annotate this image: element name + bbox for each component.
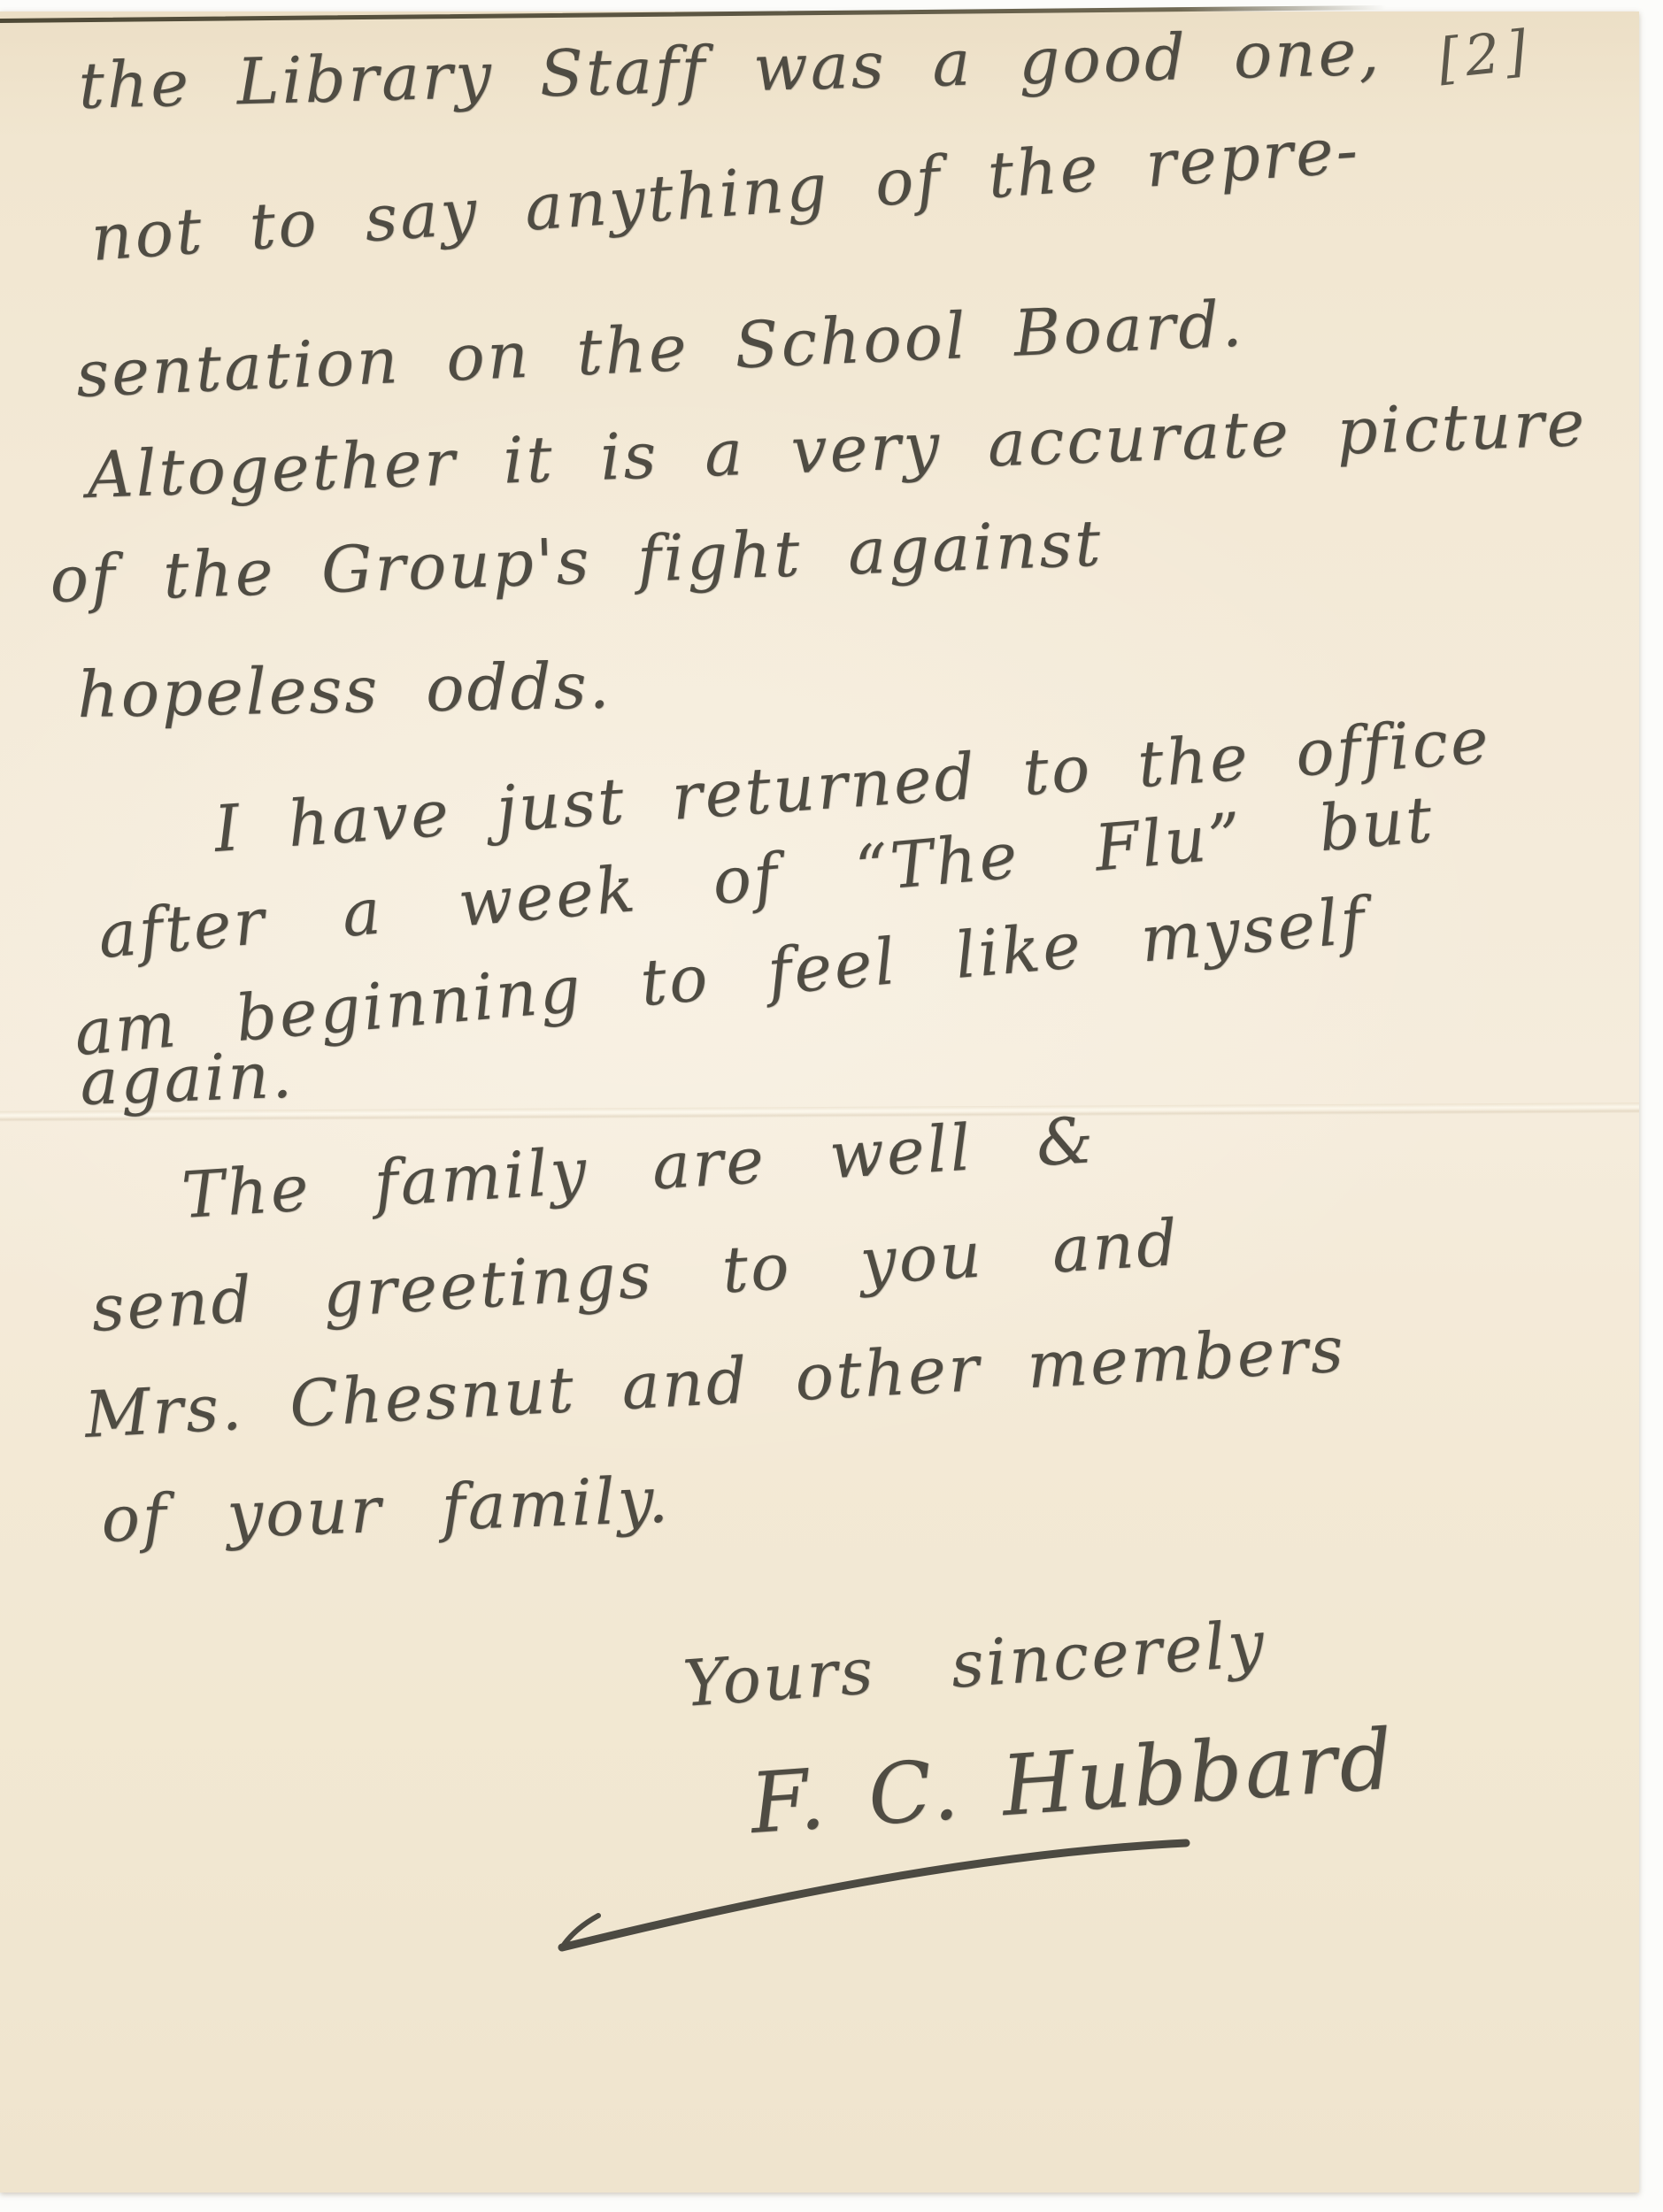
letter-paper: [2] the Library Staff was a good one, no…: [0, 12, 1639, 2193]
handwritten-line: again.: [79, 1038, 296, 1119]
handwritten-line: the Library Staff was a good one,: [78, 14, 1382, 123]
handwritten-line: not to say anything of the repre-: [89, 112, 1362, 275]
handwritten-line: of the Group's fight against: [49, 506, 1104, 617]
handwritten-line: sentation on the School Board.: [74, 286, 1245, 411]
closing-line: Yours sincerely: [681, 1606, 1269, 1721]
handwritten-line: The family are well &: [180, 1102, 1098, 1233]
signature-flourish-underline: [529, 1808, 1237, 1985]
handwritten-line: Altogether it is a very accurate picture: [86, 386, 1588, 512]
handwritten-line: of your family.: [100, 1463, 672, 1556]
page-number: [2]: [1435, 18, 1535, 92]
handwritten-line: hopeless odds.: [77, 648, 613, 732]
scanned-letter-page: [2] the Library Staff was a good one, no…: [0, 0, 1663, 2212]
